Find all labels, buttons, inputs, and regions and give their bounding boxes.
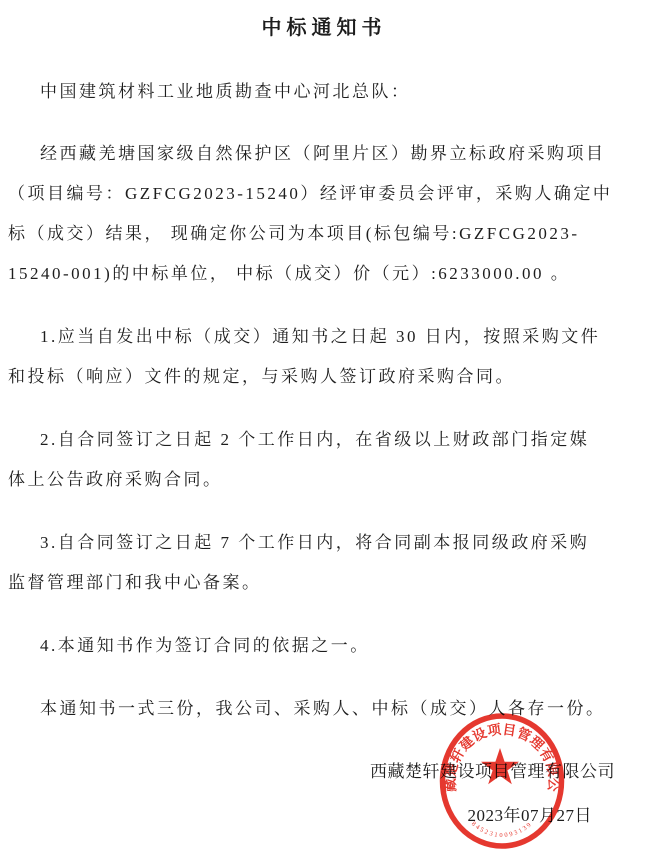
text-line: 和投标（响应）文件的规定，与采购人签订政府采购合同。 — [8, 357, 640, 397]
signature-block: 西藏楚轩建设项目管理有限公司 2023年07月27日 — [8, 752, 640, 828]
paragraph-item-4: 4.本通知书作为签订合同的依据之一。 — [8, 626, 640, 666]
text-line: 监督管理部门和我中心备案。 — [8, 563, 640, 603]
paragraph-award-result: 经西藏羌塘国家级自然保护区（阿里片区）勘界立标政府采购项目 （项目编号：GZFC… — [8, 134, 640, 294]
text-line: 15240-001)的中标单位， 中标（成交）价（元）:6233000.00 。 — [8, 254, 640, 294]
text-line: 经西藏羌塘国家级自然保护区（阿里片区）勘界立标政府采购项目 — [8, 134, 640, 174]
text-line: 本通知书一式三份，我公司、采购人、中标（成交）人各存一份。 — [8, 689, 640, 729]
text-line: （项目编号：GZFCG2023-15240）经评审委员会评审，采购人确定中 — [8, 174, 640, 214]
text-line: 标（成交）结果， 现确定你公司为本项目(标包编号:GZFCG2023- — [8, 214, 640, 254]
signature-date: 2023年07月27日 — [8, 804, 640, 828]
document-title: 中标通知书 — [8, 14, 640, 42]
text-line: 1.应当自发出中标（成交）通知书之日起 30 日内，按照采购文件 — [8, 317, 640, 357]
paragraph-item-3: 3.自合同签订之日起 7 个工作日内，将合同副本报同级政府采购 监督管理部门和我… — [8, 523, 640, 603]
signature-company: 西藏楚轩建设项目管理有限公司 — [8, 752, 640, 792]
paragraph-closing: 本通知书一式三份，我公司、采购人、中标（成交）人各存一份。 — [8, 689, 640, 729]
notice-document: 中标通知书 中国建筑材料工业地质勘查中心河北总队： 经西藏羌塘国家级自然保护区（… — [0, 0, 648, 857]
text-line: 4.本通知书作为签订合同的依据之一。 — [8, 626, 640, 666]
text-line: 2.自合同签订之日起 2 个工作日内，在省级以上财政部门指定媒 — [8, 420, 640, 460]
text-line: 体上公告政府采购合同。 — [8, 460, 640, 500]
paragraph-item-1: 1.应当自发出中标（成交）通知书之日起 30 日内，按照采购文件 和投标（响应）… — [8, 317, 640, 397]
addressee-line: 中国建筑材料工业地质勘查中心河北总队： — [8, 80, 640, 104]
text-line: 3.自合同签订之日起 7 个工作日内，将合同副本报同级政府采购 — [8, 523, 640, 563]
paragraph-item-2: 2.自合同签订之日起 2 个工作日内，在省级以上财政部门指定媒 体上公告政府采购… — [8, 420, 640, 500]
